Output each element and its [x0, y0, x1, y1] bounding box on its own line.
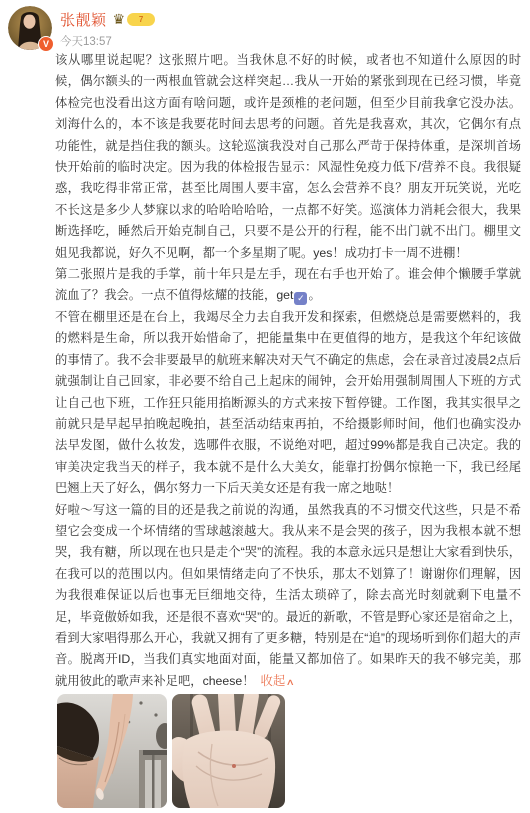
post-paragraph: 第二张照片是我的手掌，前十年只是左手，现在右手也开始了。谁会伸个懒腰手掌就流血了… [55, 264, 521, 307]
post-text: 该从哪里说起呢？这张照片吧。当我休息不好的时候，或者也不知道什么原因的时候，偶尔… [55, 50, 521, 693]
forehead-photo [57, 694, 167, 808]
post-image-palm[interactable] [172, 694, 285, 808]
post-image-forehead[interactable] [57, 694, 167, 808]
post-images-row [57, 694, 285, 808]
post-paragraph: 不管在棚里还是在台上，我竭尽全力去自我开发和探索，但燃烧总是需要燃料的，我的燃料… [55, 307, 521, 500]
author-row: 张靓颖 ♛ 7 [60, 10, 155, 28]
vip-crown-icon: ♛ [113, 12, 126, 26]
post-paragraph: 好啦～写这一篇的目的还是我之前说的沟通，虽然我真的不习惯交代这些，只是不希望它会… [55, 500, 521, 694]
collapse-link[interactable]: 收起∧ [261, 674, 294, 688]
weibo-post-page: { "post": { "author": { "name": "张靓颖", "… [0, 0, 530, 813]
vip-level-badge[interactable]: 7 [127, 13, 155, 26]
author-avatar[interactable]: V [8, 6, 52, 50]
palm-photo [172, 694, 285, 808]
post-timestamp: 今天13:57 [60, 33, 112, 49]
post-paragraph: 该从哪里说起呢？这张照片吧。当我休息不好的时候，或者也不知道什么原因的时候，偶尔… [55, 50, 521, 264]
verified-badge-icon: V [38, 36, 54, 52]
chevron-up-icon: ∧ [286, 672, 295, 693]
author-name[interactable]: 张靓颖 [60, 9, 107, 30]
check-emoji: ✓ [294, 292, 307, 305]
